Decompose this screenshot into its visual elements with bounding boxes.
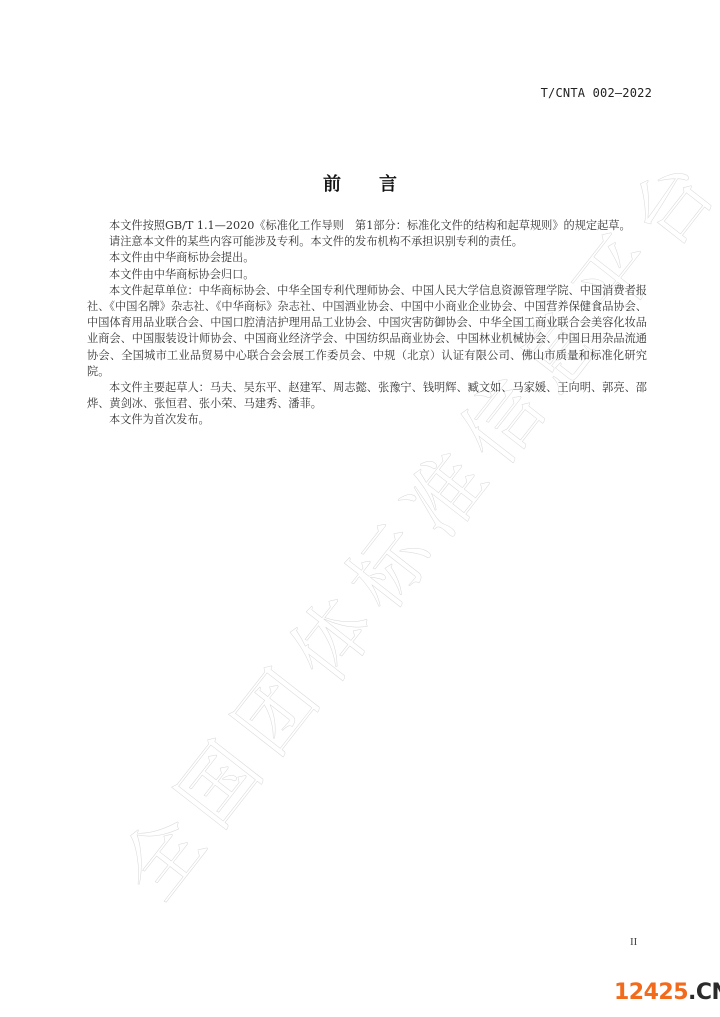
title-char-1: 前 <box>323 170 341 196</box>
paragraph-first-release: 本文件为首次发布。 <box>87 412 647 428</box>
site-logo[interactable]: 12425.CN <box>614 980 720 1005</box>
paragraph-proposed-by: 本文件由中华商标协会提出。 <box>87 250 647 266</box>
paragraph-drafting-rules: 本文件按照GB/T 1.1—2020《标准化工作导则 第1部分：标准化文件的结构… <box>87 218 647 234</box>
page-title: 前言 <box>0 170 720 196</box>
site-logo-number: 12425 <box>614 980 688 1005</box>
title-char-2: 言 <box>379 170 397 196</box>
paragraph-main-drafters: 本文件主要起草人：马夫、吴东平、赵建军、周志懿、张豫宁、钱明辉、臧文如、马家媛、… <box>87 380 647 412</box>
document-code: T/CNTA 002—2022 <box>541 86 652 100</box>
page-number: II <box>630 936 637 948</box>
paragraph-managed-by: 本文件由中华商标协会归口。 <box>87 267 647 283</box>
site-logo-tld: .CN <box>688 980 720 1005</box>
foreword-body: 本文件按照GB/T 1.1—2020《标准化工作导则 第1部分：标准化文件的结构… <box>87 218 647 429</box>
paragraph-drafting-units: 本文件起草单位：中华商标协会、中华全国专利代理师协会、中国人民大学信息资源管理学… <box>87 283 647 380</box>
paragraph-patent-notice: 请注意本文件的某些内容可能涉及专利。本文件的发布机构不承担识别专利的责任。 <box>87 234 647 250</box>
